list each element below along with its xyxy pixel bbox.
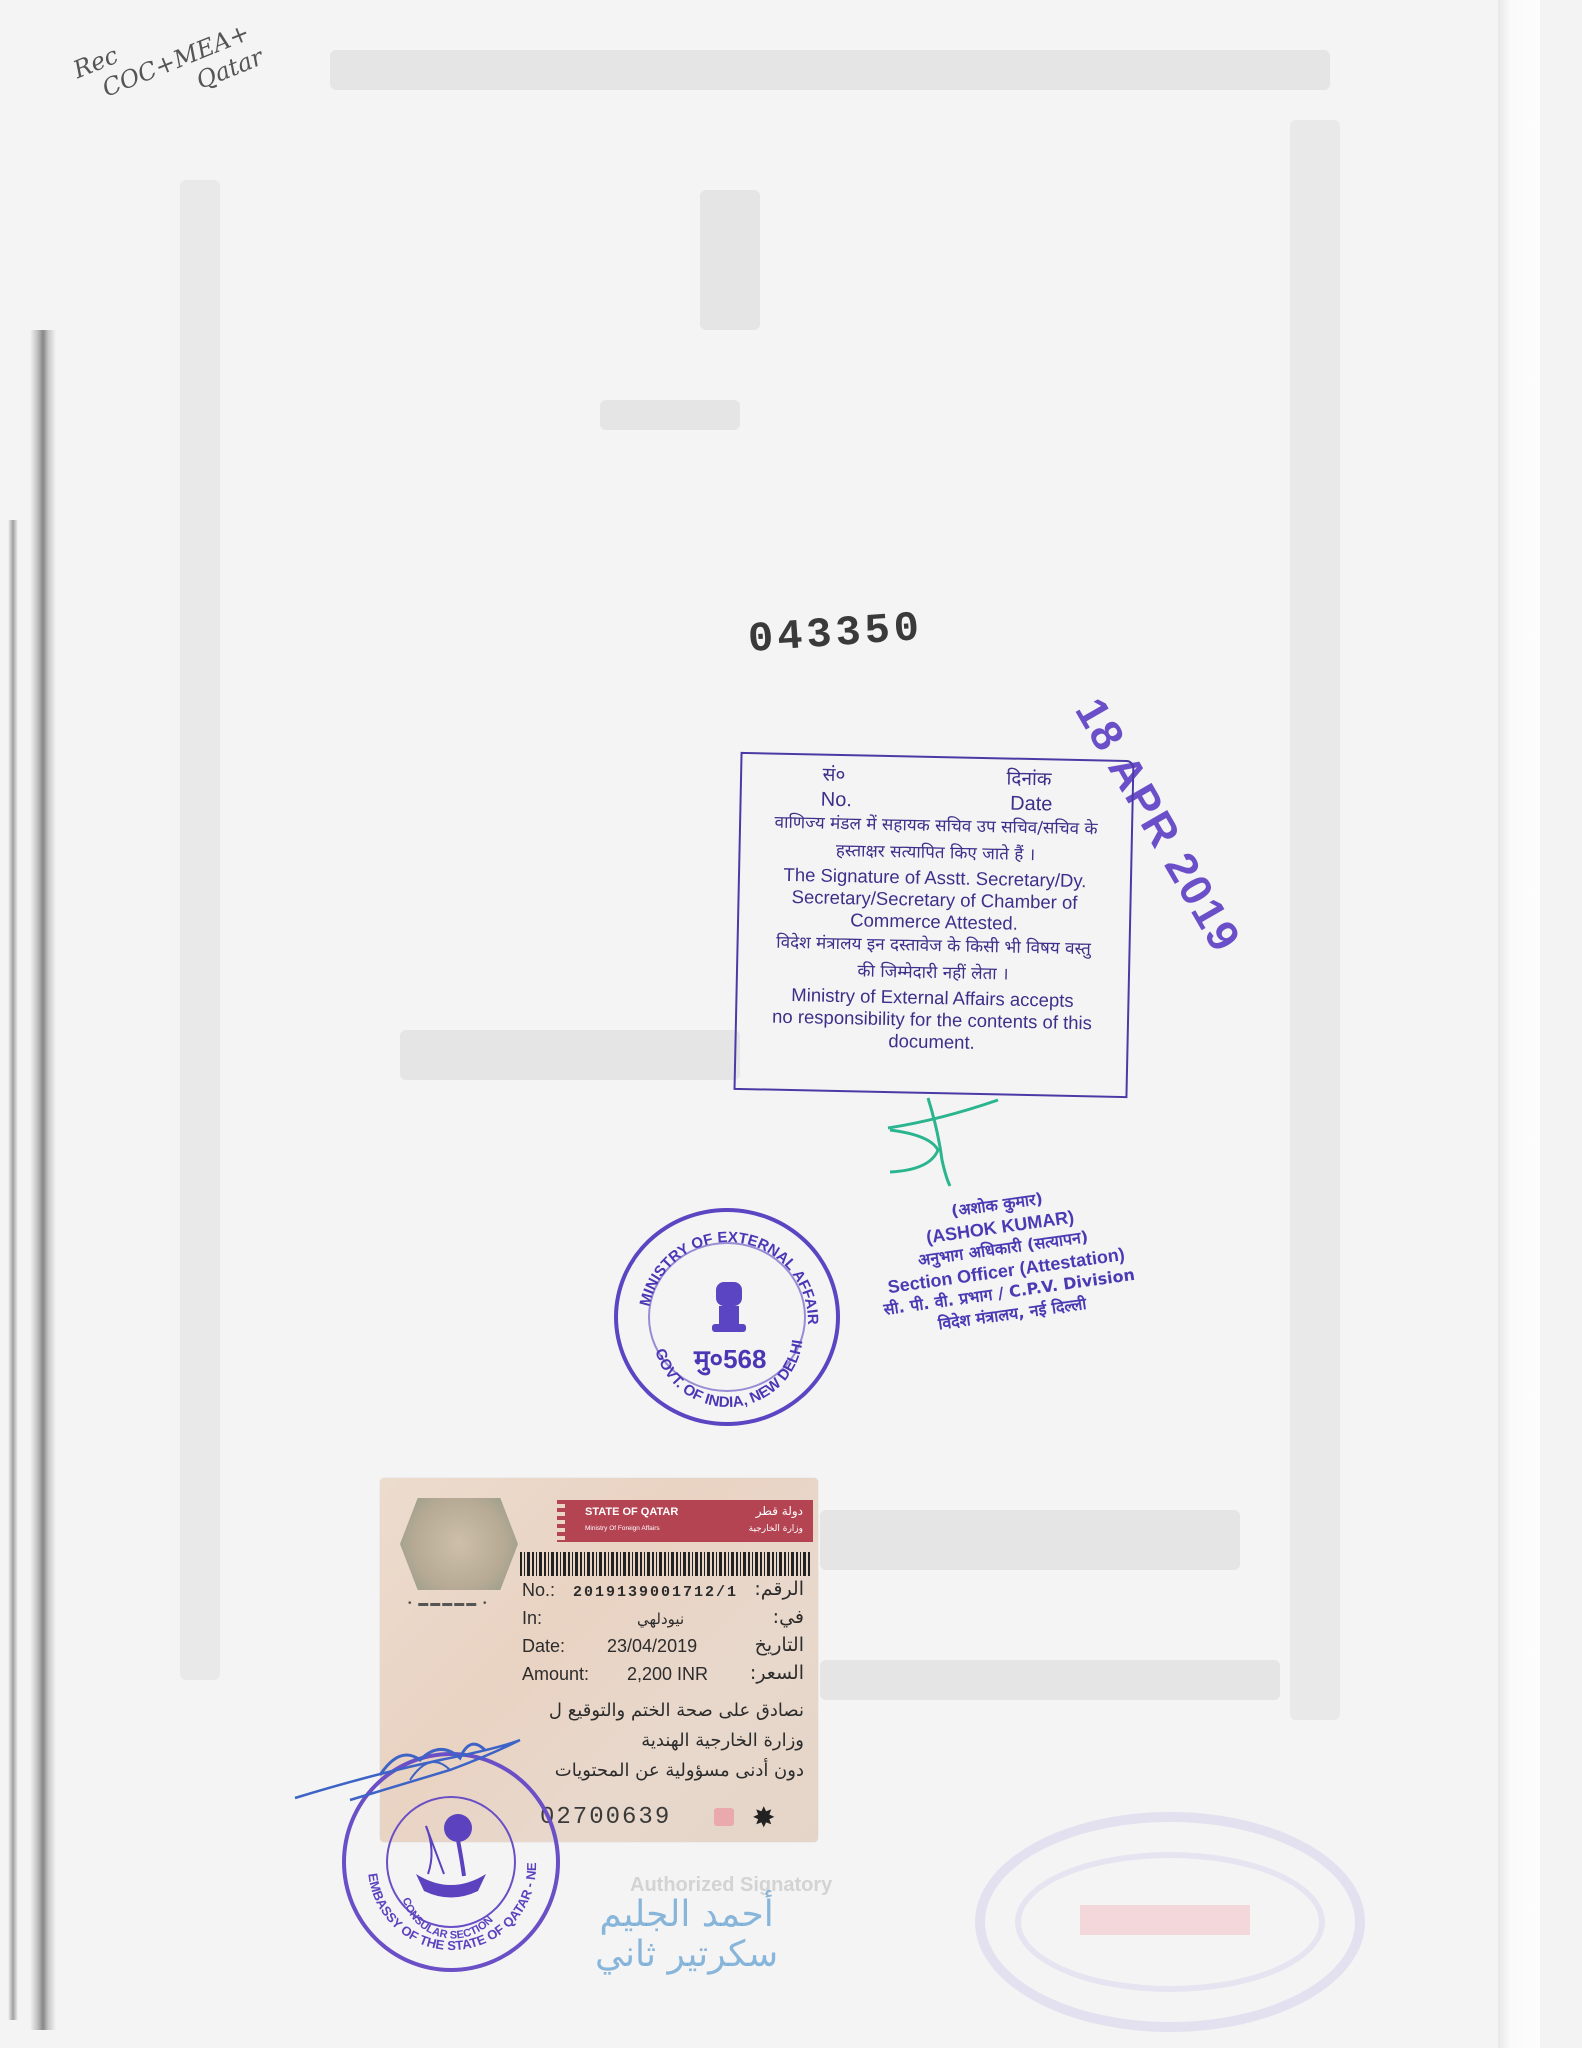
national-emblem-icon xyxy=(704,1278,754,1338)
no-label-en: No. xyxy=(821,789,853,812)
field-amount-value: 2,200 INR xyxy=(627,1664,708,1684)
qatar-signature xyxy=(290,1720,570,1810)
attestation-ar-line-3: دون أدنى مسؤولية عن المحتويات xyxy=(549,1756,804,1786)
signatory-title-ar: سكرتير ثاني xyxy=(595,1935,778,1975)
page-edge-shadow xyxy=(1498,0,1540,2048)
field-in-value: نيودلهي xyxy=(637,1610,684,1628)
serial-number: 043350 xyxy=(747,604,925,664)
binding-shadow-outer xyxy=(8,520,18,2020)
show-through-header xyxy=(330,50,1330,90)
faded-date-stamp xyxy=(1080,1905,1250,1935)
field-number: No.: 2019139001712/1 xyxy=(522,1580,738,1601)
barcode xyxy=(520,1552,810,1576)
field-number-label: No.: xyxy=(522,1580,568,1601)
hologram-emblem-icon xyxy=(400,1498,518,1590)
attestation-ar-line-2: وزارة الخارجية الهندية xyxy=(549,1726,804,1756)
officer-signature xyxy=(880,1090,1010,1190)
field-in-label-ar: في: xyxy=(773,1606,804,1628)
seal-code: मु०568 xyxy=(694,1340,766,1376)
show-through-border-left xyxy=(180,180,220,1680)
field-in-label: In: xyxy=(522,1608,602,1629)
banner-subtitle-en: Ministry Of Foreign Affairs xyxy=(585,1525,660,1532)
flag-serration xyxy=(557,1500,569,1542)
officer-name-stamp: (अशोक कुमार) (ASHOK KUMAR) अनुभाग अधिकार… xyxy=(870,1177,1139,1343)
banner-title-en: STATE OF QATAR xyxy=(585,1506,678,1518)
show-through-border-right xyxy=(1290,120,1340,1720)
no-label-hi: सं० xyxy=(822,762,845,789)
banner-subtitle-ar: وزارة الخارجية xyxy=(749,1524,803,1534)
show-through-footer-border xyxy=(820,1660,1280,1700)
qatar-banner: STATE OF QATAR Ministry Of Foreign Affai… xyxy=(565,1500,813,1542)
signatory-name-ar: أحمد الجليم xyxy=(595,1895,778,1935)
field-number-value: 2019139001712/1 xyxy=(573,1584,738,1601)
show-through-label xyxy=(600,400,740,430)
show-through-text-block xyxy=(400,1030,740,1080)
show-through-emblem xyxy=(700,190,760,330)
date-label-hi: दिनांक xyxy=(1006,765,1052,793)
field-number-label-ar: الرقم: xyxy=(754,1578,804,1600)
field-date-value: 23/04/2019 xyxy=(607,1636,697,1656)
field-amount-label: Amount: xyxy=(522,1664,622,1685)
attestation-text-ar: نصادق على صحة الختم والتوقيع ل وزارة الخ… xyxy=(549,1696,804,1786)
hologram-strip: • ▬▬▬▬▬ • xyxy=(408,1598,508,1608)
field-in: In: نيودلهي xyxy=(522,1608,684,1629)
mea-attestation-stamp: सं० दिनांक No. Date वाणिज्य मंडल में सहा… xyxy=(734,752,1135,1098)
document-page: Rec COC+MEA+ Qatar 043350 18 APR 2019 सं… xyxy=(0,0,1540,2048)
security-mark xyxy=(714,1808,734,1826)
date-label-en: Date xyxy=(1010,793,1053,816)
field-date-label: Date: xyxy=(522,1636,602,1657)
field-date-label-ar: التاريخ xyxy=(755,1634,804,1656)
handwritten-note: Rec COC+MEA+ Qatar xyxy=(70,0,266,134)
attestation-ar-line-1: نصادق على صحة الختم والتوقيع ل xyxy=(549,1696,804,1726)
mea-round-seal: MINISTRY OF EXTERNAL AFFAIRS GOVT. OF IN… xyxy=(614,1208,840,1426)
field-date: Date: 23/04/2019 xyxy=(522,1636,697,1657)
banner-title-ar: دولة قطر xyxy=(756,1504,803,1518)
show-through-footer xyxy=(820,1510,1240,1570)
field-amount: Amount: 2,200 INR xyxy=(522,1664,708,1685)
field-amount-label-ar: السعر: xyxy=(750,1662,804,1684)
star-emblem-icon: ✸ xyxy=(752,1804,775,1832)
binding-shadow xyxy=(30,330,56,2030)
qatar-signatory: أحمد الجليم سكرتير ثاني xyxy=(595,1895,778,1975)
